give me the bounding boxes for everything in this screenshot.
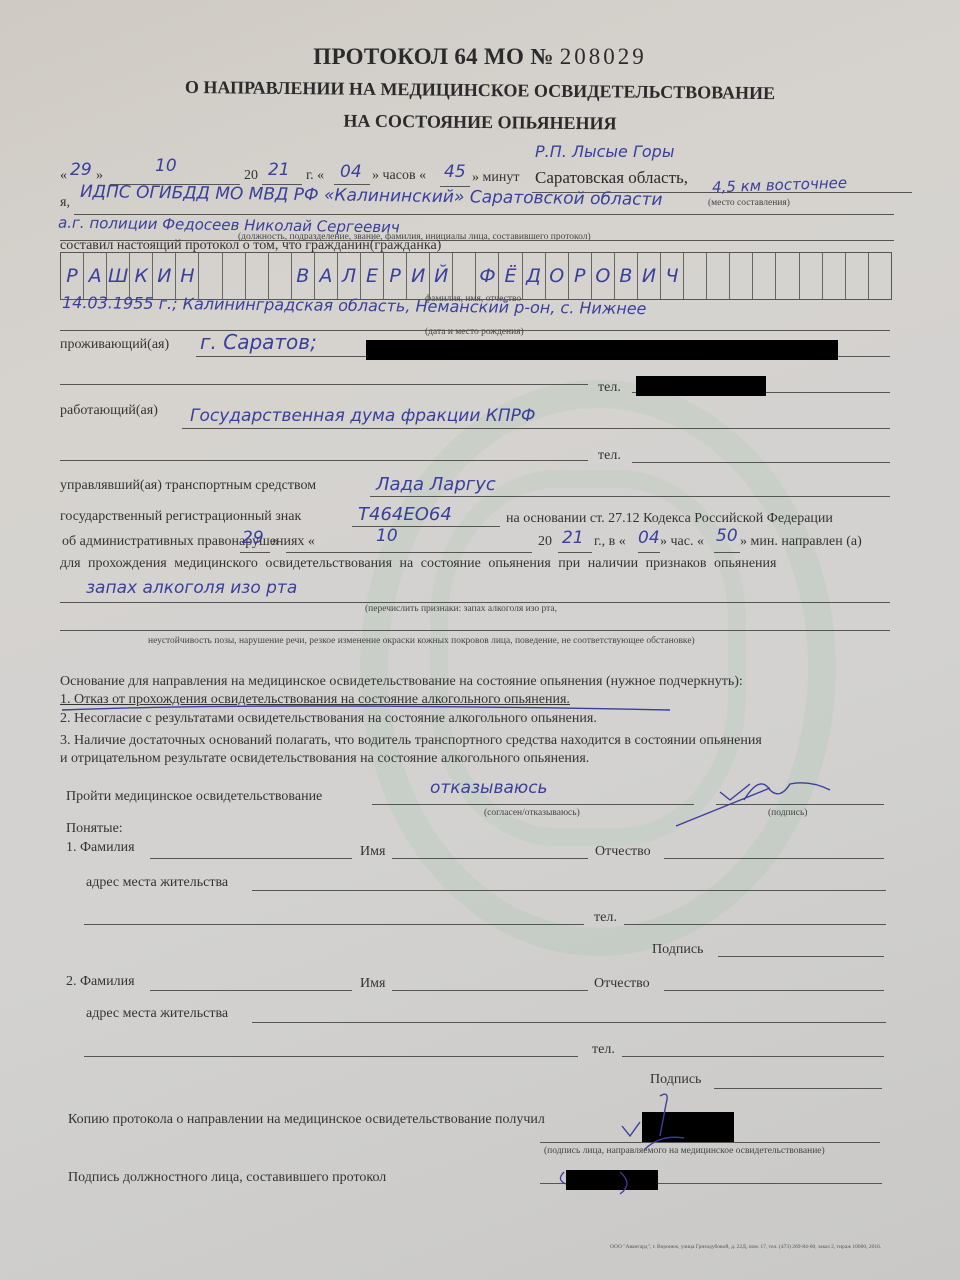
handwritten-underline-icon xyxy=(60,700,680,714)
minutes-label: » минут xyxy=(472,170,519,186)
witness1-phone-field[interactable] xyxy=(624,924,886,925)
witnesses-heading: Понятые: xyxy=(66,821,123,837)
officer-prefix: я, xyxy=(60,195,70,211)
witness1-address-field-2[interactable] xyxy=(84,924,584,925)
witness1-address-label: адрес места жительства xyxy=(86,875,228,891)
purpose-text: для прохождения медицинского освидетельс… xyxy=(60,556,776,572)
name-cell[interactable]: А xyxy=(315,253,338,299)
referral-month-value[interactable]: 10 xyxy=(376,526,398,546)
place-printed: Саратовская область, xyxy=(535,168,688,188)
grounds-heading: Основание для направления на медицинское… xyxy=(60,674,743,690)
witness1-name-label: Имя xyxy=(360,844,385,860)
witness2-name-field[interactable] xyxy=(392,990,588,991)
place-above-value[interactable]: Р.П. Лысые Горы xyxy=(535,142,674,161)
officer-line2-value[interactable]: а.г. полиции Федосеев Николай Сергеевич xyxy=(58,214,400,237)
referral-hour-label: » час. « xyxy=(660,534,704,550)
witness2-signature-label: Подпись xyxy=(650,1072,701,1088)
header-minute-value[interactable]: 45 xyxy=(444,162,466,182)
citizen-name-grid[interactable]: РАШКИНВАЛЕРИЙФЁДОРОВИЧ xyxy=(60,252,892,300)
witness1-signature-label: Подпись xyxy=(652,942,703,958)
name-cell[interactable]: К xyxy=(130,253,153,299)
officer-signature-icon xyxy=(550,1160,650,1200)
witness2-address-field-2[interactable] xyxy=(84,1056,578,1057)
referral-year-prefix: 20 xyxy=(538,534,552,550)
copy-caption: (подпись лица, направляемого на медицинс… xyxy=(544,1146,825,1156)
witness2-surname-field[interactable] xyxy=(150,990,352,991)
copy-label: Копию протокола о направлении на медицин… xyxy=(68,1112,545,1128)
name-cell[interactable]: Н xyxy=(176,253,199,299)
plate-label: государственный регистрационный знак xyxy=(60,509,301,525)
signature-icon[interactable] xyxy=(670,770,850,830)
date-open-quote: « xyxy=(60,168,67,184)
copy-signature-icon[interactable] xyxy=(600,1090,740,1170)
name-cell[interactable]: Ё xyxy=(499,253,522,299)
name-cell[interactable]: И xyxy=(407,253,430,299)
signature-caption: (подпись) xyxy=(768,808,807,818)
header-year-value[interactable]: 21 xyxy=(268,160,290,180)
name-cell[interactable]: Е xyxy=(361,253,384,299)
name-cell[interactable]: Й xyxy=(430,253,453,299)
consent-value[interactable]: отказываюсь xyxy=(430,778,548,798)
driving-label: управлявший(ая) транспортным средством xyxy=(60,478,316,494)
name-cell[interactable]: Р xyxy=(384,253,407,299)
working-label: работающий(ая) xyxy=(60,403,158,419)
name-cell[interactable] xyxy=(246,253,269,299)
name-cell[interactable]: Л xyxy=(338,253,361,299)
subtitle-line-2: НА СОСТОЯНИЕ ОПЬЯНЕНИЯ xyxy=(0,107,960,138)
name-cell[interactable]: Р xyxy=(569,253,592,299)
witness2-phone-field[interactable] xyxy=(622,1056,884,1057)
name-cell[interactable]: И xyxy=(153,253,176,299)
witness2-name-label: Имя xyxy=(360,976,385,992)
phone2-label: тел. xyxy=(598,448,621,464)
name-cell[interactable] xyxy=(846,253,869,299)
watermark-emblem xyxy=(360,380,836,956)
print-info: ООО "Авангард", г. Воронеж, улица Гризод… xyxy=(610,1244,881,1250)
vehicle-value[interactable]: Лада Ларгус xyxy=(376,474,496,495)
grounds-item-3-cont: и отрицательном результате освидетельств… xyxy=(60,751,589,767)
redacted-phone xyxy=(636,376,766,396)
signs-caption-1: (перечислить признаки: запах алкоголя из… xyxy=(365,604,557,614)
header-month-value[interactable]: 10 xyxy=(155,156,177,176)
name-cell[interactable]: Ч xyxy=(661,253,684,299)
consent-label: Пройти медицинское освидетельствование xyxy=(66,789,322,805)
name-cell[interactable] xyxy=(223,253,246,299)
name-cell[interactable] xyxy=(800,253,823,299)
witness1-surname-label: 1. Фамилия xyxy=(66,840,135,856)
signs-caption-2: неустойчивость позы, нарушение речи, рез… xyxy=(148,636,695,646)
signs-value[interactable]: запах алкоголя изо рта xyxy=(86,578,297,598)
residing-label: проживающий(ая) xyxy=(60,337,169,353)
consent-caption: (согласен/отказываюсь) xyxy=(484,808,580,818)
witness2-patronymic-field[interactable] xyxy=(664,990,884,991)
witness2-address-field[interactable] xyxy=(252,1022,886,1023)
witness2-phone-label: тел. xyxy=(592,1042,615,1058)
residing-value[interactable]: г. Саратов; xyxy=(200,330,317,354)
witness1-surname-field[interactable] xyxy=(150,858,352,859)
name-cell[interactable] xyxy=(453,253,476,299)
phone-label: тел. xyxy=(598,380,621,396)
witness2-signature-field[interactable] xyxy=(714,1088,882,1089)
referral-hour-value[interactable]: 04 xyxy=(638,528,660,548)
name-cell[interactable] xyxy=(684,253,707,299)
name-cell[interactable]: Ф xyxy=(476,253,499,299)
birth-caption: (дата и место рождения) xyxy=(425,327,524,337)
name-cell[interactable] xyxy=(707,253,730,299)
place-caption: (место составления) xyxy=(708,198,790,208)
name-cell[interactable]: В xyxy=(292,253,315,299)
name-cell[interactable] xyxy=(776,253,799,299)
grounds-item-3[interactable]: 3. Наличие достаточных оснований полагат… xyxy=(60,733,762,749)
witness1-patronymic-label: Отчество xyxy=(595,844,651,860)
referral-day-value[interactable]: 29 xyxy=(242,528,264,548)
name-cell[interactable]: Д xyxy=(523,253,546,299)
witness2-address-label: адрес места жительства xyxy=(86,1006,228,1022)
year-label: г. « xyxy=(306,168,324,184)
name-cell[interactable]: И xyxy=(638,253,661,299)
protocol-number: 208029 xyxy=(560,44,647,69)
officer-signature-label: Подпись должностного лица, составившего … xyxy=(68,1170,386,1186)
name-cell[interactable] xyxy=(753,253,776,299)
referral-minute-value[interactable]: 50 xyxy=(716,526,738,546)
witness1-phone-label: тел. xyxy=(594,910,617,926)
witness2-surname-label: 2. Фамилия xyxy=(66,974,135,990)
name-cell[interactable] xyxy=(269,253,292,299)
witness1-name-field[interactable] xyxy=(392,858,588,859)
witness2-patronymic-label: Отчество xyxy=(594,976,650,992)
name-cell[interactable] xyxy=(730,253,753,299)
name-cell[interactable]: О xyxy=(546,253,569,299)
witness1-address-field[interactable] xyxy=(252,890,886,891)
name-cell[interactable] xyxy=(199,253,222,299)
header-hour-value[interactable]: 04 xyxy=(340,162,362,182)
name-cell[interactable] xyxy=(823,253,846,299)
name-cell[interactable] xyxy=(869,253,891,299)
name-cell[interactable]: А xyxy=(84,253,107,299)
referral-day-close: » xyxy=(272,534,279,550)
basis-text: на основании ст. 27.12 Кодекса Российско… xyxy=(506,511,833,527)
witness1-patronymic-field[interactable] xyxy=(664,858,884,859)
name-cell[interactable]: Ш xyxy=(107,253,130,299)
subtitle-line-1: О НАПРАВЛЕНИИ НА МЕДИЦИНСКОЕ ОСВИДЕТЕЛЬС… xyxy=(0,75,960,106)
hours-label: » часов « xyxy=(372,168,426,184)
plate-value[interactable]: Т464ЕО64 xyxy=(358,504,452,525)
witness1-signature-field[interactable] xyxy=(718,956,884,957)
header-day-value[interactable]: 29 xyxy=(70,160,92,180)
name-cell[interactable]: О xyxy=(592,253,615,299)
title-prefix: ПРОТОКОЛ 64 МО № xyxy=(313,44,553,69)
referral-year-value[interactable]: 21 xyxy=(562,528,584,548)
working-value[interactable]: Государственная дума фракции КПРФ xyxy=(190,406,536,426)
referral-year-label: г., в « xyxy=(594,534,626,550)
redacted-address xyxy=(366,340,838,360)
page-title: ПРОТОКОЛ 64 МО № 208029 xyxy=(0,44,960,70)
protocol-sheet: ПРОТОКОЛ 64 МО № 208029 О НАПРАВЛЕНИИ НА… xyxy=(0,0,960,1280)
referral-minute-label: » мин. направлен (а) xyxy=(740,534,862,550)
year-prefix: 20 xyxy=(244,168,258,184)
name-cell[interactable]: В xyxy=(615,253,638,299)
